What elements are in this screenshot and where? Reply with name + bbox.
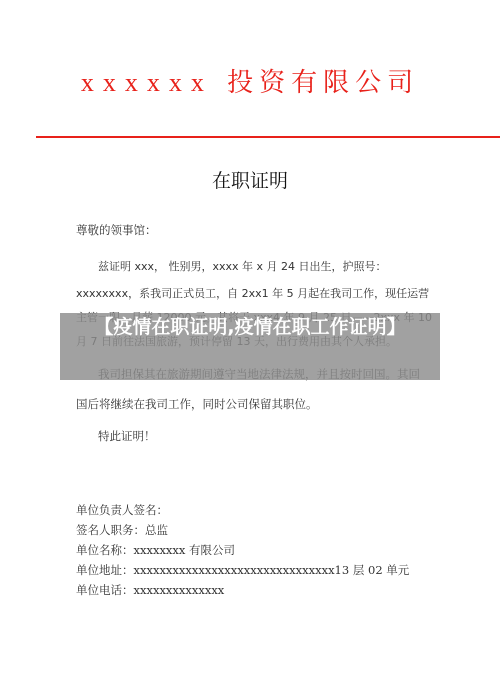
para1-line2: xxxxxxxx，系我司正式员工，自 2xx1 年 5 月起在我司工作，现任运营 [76,285,429,301]
letterhead-divider [36,136,500,138]
signature-line: 单位电话：xxxxxxxxxxxxxx [76,582,224,598]
signature-line: 签名人职务：总监 [76,522,168,538]
document-title: 在职证明 [0,166,500,193]
salutation: 尊敬的领事馆： [76,222,157,238]
company-name-suffix: 投资有限公司 [227,68,419,98]
para2-line2: 国后将继续在我司工作，同时公司保留其职位。 [76,396,318,412]
signature-line: 单位地址：xxxxxxxxxxxxxxxxxxxxxxxxxxxxxxx13 层… [76,562,409,578]
signature-line: 单位名称：xxxxxxxx 有限公司 [76,542,235,558]
company-letterhead: xxxxxx 投资有限公司 [0,62,500,99]
signature-line: 单位负责人签名： [76,502,168,518]
para1-line1: 兹证明 xxx， 性别男，xxxx 年 x 月 24 日出生，护照号： [98,258,387,274]
company-name-prefix: xxxxxx [81,68,213,97]
caption-text: 【疫情在职证明,疫情在职工作证明】 [60,316,440,338]
closing: 特此证明！ [98,428,156,444]
